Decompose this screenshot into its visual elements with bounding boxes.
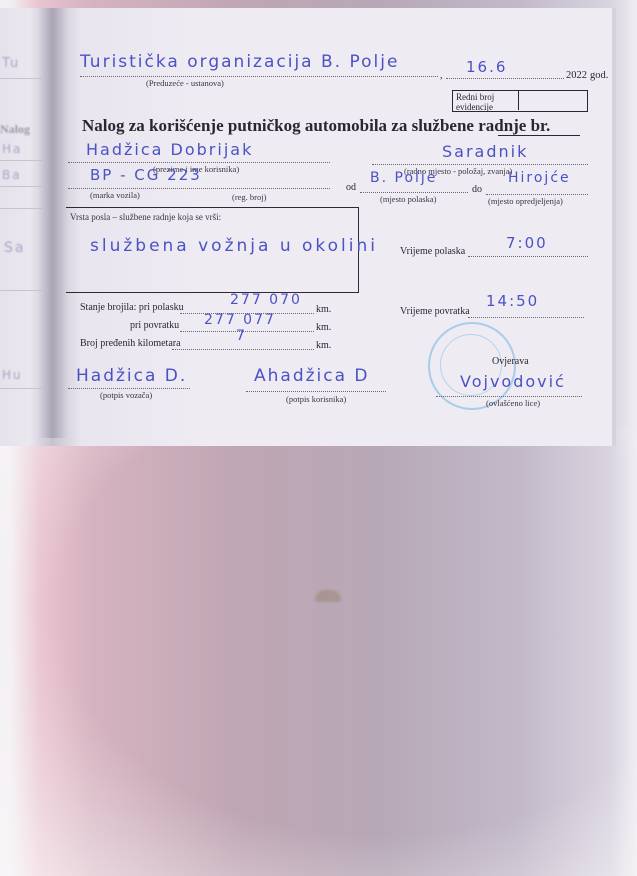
user-signature: Ahadžica D bbox=[254, 366, 370, 386]
user-name-line bbox=[68, 162, 330, 163]
from-prefix: od bbox=[346, 182, 356, 193]
company-value: Turistička organizacija B. Polje bbox=[80, 52, 399, 72]
paper-stain bbox=[315, 590, 341, 602]
authorized-signature: Vojvodović bbox=[460, 372, 566, 391]
company-line bbox=[80, 76, 438, 77]
verify-label: Ovjerava bbox=[492, 356, 529, 367]
authorized-signature-label: (ovlašćeno lice) bbox=[486, 398, 540, 408]
to-value: Hirojće bbox=[508, 170, 571, 186]
registry-label: Redni broj evidencije bbox=[453, 91, 519, 110]
from-label: (mjesto polaska) bbox=[380, 194, 436, 204]
odometer-end-label: pri povratku bbox=[130, 320, 179, 331]
from-value: B. Polje bbox=[370, 170, 437, 186]
user-name-value: Hadžica Dobrijak bbox=[86, 140, 253, 159]
return-time-label: Vrijeme povratka bbox=[400, 306, 470, 317]
registry-number-box: Redni broj evidencije bbox=[452, 90, 588, 112]
return-time-value: 14:50 bbox=[486, 292, 539, 310]
form-title: Nalog za korišćenje putničkog automobila… bbox=[82, 116, 550, 136]
return-time-line bbox=[468, 317, 584, 318]
user-signature-line bbox=[246, 391, 386, 392]
km-unit-3: km. bbox=[316, 340, 331, 351]
task-value: službena vožnja u okolini bbox=[90, 236, 378, 256]
to-label: (mjesto opredjeljenja) bbox=[488, 196, 563, 206]
departure-time-label: Vrijeme polaska bbox=[400, 246, 465, 257]
odometer-start-label: Stanje brojila: pri polasku bbox=[80, 302, 184, 313]
authorized-signature-line bbox=[436, 396, 582, 397]
company-label: (Preduzeće - ustanova) bbox=[146, 78, 224, 88]
driver-signature-line bbox=[68, 388, 190, 389]
task-label: Vrsta posla – službene radnje koja se vr… bbox=[70, 212, 221, 222]
km-unit-1: km. bbox=[316, 304, 331, 315]
position-line bbox=[372, 164, 588, 165]
year-suffix: god. bbox=[590, 70, 608, 81]
date-line bbox=[446, 78, 564, 79]
driver-signature: Hadžica D. bbox=[76, 366, 187, 386]
date-value: 16.6 bbox=[466, 58, 507, 76]
position-value: Saradnik bbox=[442, 142, 528, 161]
comma: , bbox=[440, 70, 443, 81]
odometer-end-value: 277 077 bbox=[204, 312, 276, 328]
odometer-end-line bbox=[180, 331, 314, 332]
blank-lower-area bbox=[0, 430, 637, 876]
vehicle-line bbox=[68, 188, 330, 189]
registry-label-line1: Redni broj bbox=[456, 92, 515, 102]
vehicle-value: BP - CG 223 bbox=[90, 166, 202, 184]
driver-signature-label: (potpis vozača) bbox=[100, 390, 152, 400]
km-unit-2: km. bbox=[316, 322, 331, 333]
year-value: 2022 bbox=[566, 70, 587, 81]
travel-order-form: Turistička organizacija B. Polje (Preduz… bbox=[0, 0, 637, 440]
title-number-line bbox=[498, 135, 580, 136]
departure-time-value: 7:00 bbox=[506, 234, 548, 252]
reg-number-label: (reg. broj) bbox=[232, 192, 266, 202]
odometer-start-value: 277 070 bbox=[230, 292, 302, 308]
from-line bbox=[360, 192, 468, 193]
user-signature-label: (potpis korisnika) bbox=[286, 394, 346, 404]
departure-time-line bbox=[468, 256, 588, 257]
vehicle-label: (marka vozila) bbox=[90, 190, 140, 200]
distance-line bbox=[172, 349, 314, 350]
registry-label-line2: evidencije bbox=[456, 102, 515, 112]
to-line bbox=[486, 194, 588, 195]
distance-label: Broj pređenih kilometara bbox=[80, 338, 181, 349]
distance-value: 7 bbox=[236, 328, 247, 344]
to-prefix: do bbox=[472, 184, 482, 195]
